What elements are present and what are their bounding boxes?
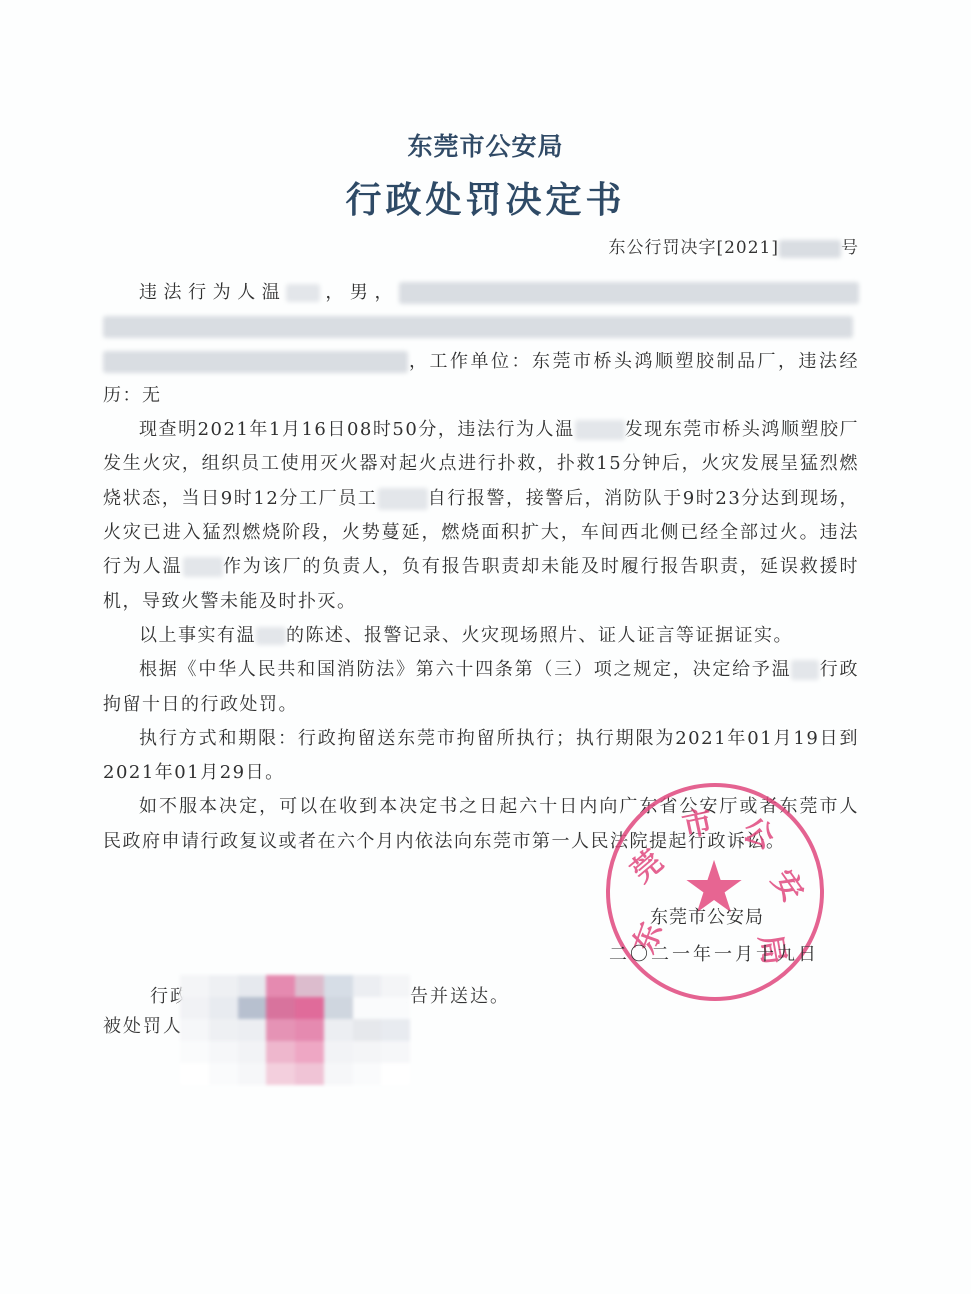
text: 违法行为人温 <box>139 282 286 303</box>
paragraph-evidence: 以上事实有温的陈述、报警记录、火灾现场照片、证人证言等证据证实。 <box>103 619 859 653</box>
text: 的陈述、报警记录、火灾现场照片、证人证言等证据证实。 <box>286 625 793 646</box>
document-number-suffix: 号 <box>841 238 859 258</box>
redacted-personal-info <box>399 282 859 304</box>
document-number: 东公行罚决字[2021]号 <box>608 233 859 258</box>
redacted-name <box>256 627 286 645</box>
recipient-signature-line: 被处罚人 <box>103 1012 183 1038</box>
redacted-name <box>791 660 819 680</box>
text: 现查明2021年1月16日08时50分，违法行为人温 <box>139 419 575 440</box>
paragraph-execution: 执行方式和期限：行政拘留送东莞市拘留所执行；执行期限为2021年01月19日到2… <box>103 722 859 791</box>
document-page: 东莞市公安局 行政处罚决定书 东公行罚决字[2021]号 违法行为人温，男，，工… <box>0 0 971 1294</box>
text: 以上事实有温 <box>139 625 256 646</box>
text: 被处罚人 <box>103 1016 183 1037</box>
text: ，男， <box>320 282 399 303</box>
text: 根据《中华人民共和国消防法》第六十四条第（三）项之规定，决定给予温 <box>139 659 791 680</box>
seal-char: 莞 <box>619 838 670 891</box>
paragraph-offender-info: 违法行为人温，男，，工作单位：东莞市桥头鸿顺塑胶制品厂，违法经历：无 <box>103 276 859 413</box>
redacted-personal-info <box>103 316 853 338</box>
redacted-name <box>183 557 223 577</box>
seal-char: 市 <box>678 796 716 845</box>
document-number-prefix: 东公行罚决字[2021] <box>608 238 779 258</box>
redacted-name <box>575 420 625 440</box>
paragraph-facts: 现查明2021年1月16日08时50分，违法行为人温发现东莞市桥头鸿顺塑胶厂发生… <box>103 413 859 619</box>
redacted-name <box>378 488 428 510</box>
redacted-signature-mosaic <box>180 975 410 1085</box>
paragraph-legal-basis: 根据《中华人民共和国消防法》第六十四条第（三）项之规定，决定给予温行政拘留十日的… <box>103 653 859 722</box>
signing-date: 二〇二一年一月十九日 <box>609 940 819 966</box>
decision-body: 违法行为人温，男，，工作单位：东莞市桥头鸿顺塑胶制品厂，违法经历：无 现查明20… <box>103 276 859 859</box>
issuing-organization-title: 东莞市公安局 <box>0 127 971 163</box>
seal-char: 安 <box>763 859 816 909</box>
redacted-number <box>779 240 841 258</box>
document-title: 行政处罚决定书 <box>0 172 971 223</box>
redacted-name <box>286 284 320 302</box>
signing-organization: 东莞市公安局 <box>650 903 764 929</box>
redacted-personal-info <box>103 351 408 373</box>
official-seal: ★ 东 莞 市 公 安 局 <box>606 783 824 1001</box>
